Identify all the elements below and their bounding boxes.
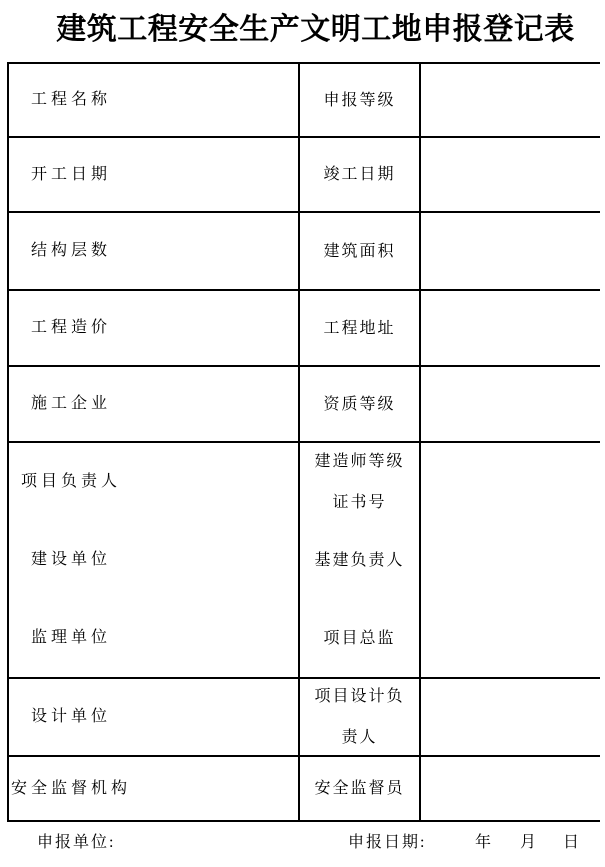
table-row: 工程名称 申报等级	[9, 64, 600, 138]
field-label: 基建负责人	[300, 540, 419, 581]
field-label: 安全监督机构	[9, 778, 133, 800]
field-label: 申报等级	[300, 80, 419, 121]
month-label: 月	[520, 830, 538, 856]
field-label: 项目设计负 责人	[300, 676, 419, 758]
field-label: 安全监督员	[300, 768, 419, 809]
field-label: 开工日期	[9, 164, 133, 186]
field-label: 工程名称	[9, 89, 133, 111]
label-cell: 监理单位	[9, 599, 300, 677]
form-page: 建筑工程安全生产文明工地申报登记表 工程名称 申报等级 开工日期 竣工日期 结构…	[0, 0, 605, 867]
field-label: 项目总监	[300, 618, 419, 659]
label-cell: 开工日期	[9, 138, 300, 211]
label-cell: 施工企业	[9, 367, 300, 441]
label-cell: 竣工日期	[300, 138, 421, 211]
label-cell: 设计单位	[9, 679, 300, 755]
label-cell: 工程名称	[9, 64, 300, 136]
table-row: 建设单位 基建负责人	[9, 521, 600, 599]
table-row: 设计单位 项目设计负 责人	[9, 679, 600, 757]
value-cell[interactable]	[421, 443, 600, 521]
label-cell: 建造师等级 证书号	[300, 443, 421, 521]
table-row: 开工日期 竣工日期	[9, 138, 600, 213]
field-label: 监理单位	[9, 627, 133, 649]
value-cell[interactable]	[421, 367, 600, 441]
table-row: 结构层数 建筑面积	[9, 213, 600, 291]
declaring-unit-label: 申报单位:	[37, 830, 115, 856]
field-label: 工程地址	[300, 308, 419, 349]
label-cell: 结构层数	[9, 213, 300, 289]
field-label: 工程造价	[9, 317, 133, 339]
table-row: 工程造价 工程地址	[9, 291, 600, 367]
label-cell: 资质等级	[300, 367, 421, 441]
form-footer: 申报单位: 申报日期: 年 月 日	[0, 828, 605, 862]
value-cell[interactable]	[421, 213, 600, 289]
label-cell: 建设单位	[9, 521, 300, 599]
field-label: 资质等级	[300, 384, 419, 425]
field-label: 结构层数	[9, 240, 133, 262]
table-row: 监理单位 项目总监	[9, 599, 600, 677]
label-cell: 申报等级	[300, 64, 421, 136]
registration-table: 工程名称 申报等级 开工日期 竣工日期 结构层数 建筑面积 工程造价 工程地址 …	[7, 62, 600, 822]
value-cell[interactable]	[421, 679, 600, 755]
label-cell: 安全监督机构	[9, 757, 300, 820]
day-label: 日	[563, 830, 581, 856]
declaration-date-label: 申报日期:	[348, 830, 426, 856]
field-label: 建设单位	[9, 549, 133, 571]
label-cell: 工程造价	[9, 291, 300, 365]
field-label: 设计单位	[9, 706, 133, 728]
table-row: 安全监督机构 安全监督员	[9, 757, 600, 820]
label-cell: 项目总监	[300, 599, 421, 677]
table-row: 施工企业 资质等级	[9, 367, 600, 443]
form-title: 建筑工程安全生产文明工地申报登记表	[0, 12, 605, 48]
label-cell: 基建负责人	[300, 521, 421, 599]
value-cell[interactable]	[421, 64, 600, 136]
field-label: 建造师等级 证书号	[300, 441, 419, 523]
field-label: 竣工日期	[300, 154, 419, 195]
field-label: 建筑面积	[300, 231, 419, 272]
year-label: 年	[475, 830, 493, 856]
label-cell: 安全监督员	[300, 757, 421, 820]
label-cell: 工程地址	[300, 291, 421, 365]
value-cell[interactable]	[421, 521, 600, 599]
field-label: 项目负责人	[9, 471, 133, 493]
field-label: 施工企业	[9, 393, 133, 415]
label-cell: 建筑面积	[300, 213, 421, 289]
table-row: 项目负责人 建造师等级 证书号	[9, 443, 600, 521]
value-cell[interactable]	[421, 599, 600, 677]
label-cell: 项目设计负 责人	[300, 679, 421, 755]
merged-row-block: 项目负责人 建造师等级 证书号 建设单位 基建负责人 监理单位 项目总监	[9, 443, 600, 679]
label-cell: 项目负责人	[9, 443, 300, 521]
value-cell[interactable]	[421, 757, 600, 820]
value-cell[interactable]	[421, 138, 600, 211]
value-cell[interactable]	[421, 291, 600, 365]
